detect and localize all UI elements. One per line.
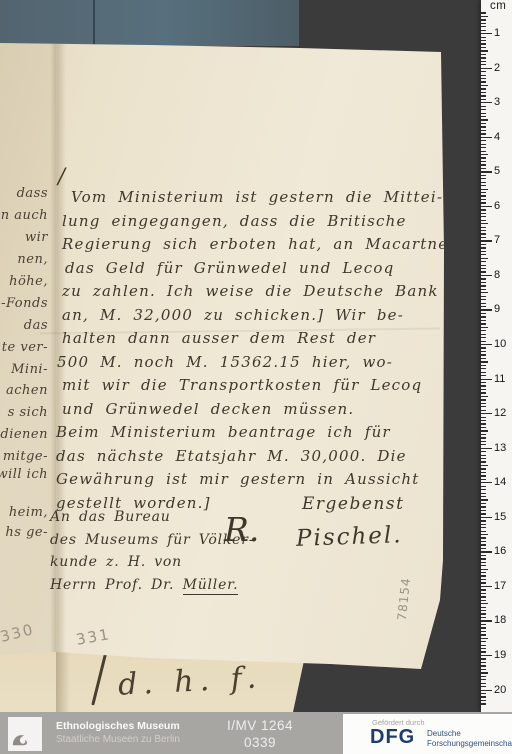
ruler-tick xyxy=(481,68,492,69)
ruler-tick xyxy=(481,600,486,601)
ruler-tick xyxy=(481,116,486,117)
ruler-tick xyxy=(481,461,486,462)
verso-fragment: -Fonds xyxy=(0,296,48,311)
ruler-tick xyxy=(481,140,486,141)
wave-logo-icon xyxy=(11,726,33,748)
ruler-number: 11 xyxy=(494,373,510,385)
address-line: An das Bureau xyxy=(50,506,254,529)
ruler-tick xyxy=(481,558,486,559)
ruler-tick xyxy=(481,126,486,127)
ruler-tick xyxy=(481,493,486,494)
ruler-tick xyxy=(481,603,488,604)
ruler-tick xyxy=(481,271,486,272)
ruler-number: 5 xyxy=(494,165,510,177)
ruler-tick xyxy=(481,569,488,570)
ruler-tick xyxy=(481,520,486,521)
ruler-tick xyxy=(481,472,486,473)
shelfmark-page: 0339 xyxy=(200,735,320,750)
address-recipient: Herrn Prof. Dr. xyxy=(50,577,183,593)
ruler-tick xyxy=(481,309,492,310)
address-line: kunde z. H. von xyxy=(50,551,254,574)
ruler-tick xyxy=(481,406,486,407)
ruler-tick xyxy=(481,475,486,476)
ruler-tick xyxy=(481,137,492,138)
ruler-tick xyxy=(481,496,486,497)
ruler-tick xyxy=(481,199,486,200)
ruler-tick xyxy=(481,265,486,266)
ruler-tick xyxy=(481,537,486,538)
ruler-tick xyxy=(481,30,486,31)
ruler-tick xyxy=(481,133,486,134)
funding-org-line: Forschungsgemeinschaft xyxy=(427,739,512,749)
ruler-tick xyxy=(481,610,486,611)
ruler-tick xyxy=(481,71,486,72)
verso-fragment: mitge- xyxy=(0,449,48,464)
ruler-tick xyxy=(481,513,486,514)
ruler-tick xyxy=(481,75,486,76)
ruler-tick xyxy=(481,413,492,414)
ruler-tick xyxy=(481,527,486,528)
ruler-tick xyxy=(481,444,486,445)
ruler-tick xyxy=(481,379,492,380)
ruler-tick xyxy=(481,465,488,466)
ruler-tick xyxy=(481,282,486,283)
ruler-number: 16 xyxy=(494,545,510,557)
address-line: Herrn Prof. Dr. Müller. xyxy=(50,574,254,597)
letter-line: lung eingegangen, dass die Britische xyxy=(62,210,458,234)
letter-line: Gewährung ist mir gestern in Aussicht xyxy=(56,468,458,492)
ruler-tick xyxy=(481,531,486,532)
ruler-tick xyxy=(481,596,486,597)
ruler-tick xyxy=(481,227,486,228)
ruler-number: 6 xyxy=(494,200,510,212)
ruler-tick xyxy=(481,510,486,511)
ruler-number: 20 xyxy=(494,684,510,696)
ruler-tick xyxy=(481,26,486,27)
ruler-tick xyxy=(481,399,486,400)
ruler-tick xyxy=(481,555,486,556)
ruler-tick xyxy=(481,299,486,300)
ruler-tick xyxy=(481,437,486,438)
ruler-tick xyxy=(481,123,486,124)
ruler-tick xyxy=(481,613,486,614)
pen-stroke xyxy=(91,650,107,705)
ruler-tick xyxy=(481,144,486,145)
ruler-tick xyxy=(481,216,486,217)
address-line: des Museums für Völker- xyxy=(50,529,254,552)
ruler-tick xyxy=(481,289,486,290)
scan-viewport: cm 1234567891011121314151617181920 d. h.… xyxy=(0,0,512,754)
table-background xyxy=(0,0,299,46)
institution-block: Ethnologisches Museum Staatliche Museen … xyxy=(56,720,180,745)
ruler-tick xyxy=(481,641,486,642)
shelfmark-id: I/MV 1264 xyxy=(200,718,320,733)
ruler-tick xyxy=(481,78,486,79)
ruler-tick xyxy=(481,23,486,24)
verso-fragment: bedienen xyxy=(0,427,48,442)
ruler-number: 12 xyxy=(494,407,510,419)
letter-line: das Geld für Grünwedel und Lecoq xyxy=(62,257,458,281)
ruler-number: 17 xyxy=(494,580,510,592)
ruler-tick xyxy=(481,638,488,639)
ruler-tick xyxy=(481,389,486,390)
ruler-tick xyxy=(481,171,492,172)
letter-line: das nächste Etatsjahr M. 30,000. Die xyxy=(56,445,458,469)
ruler-tick xyxy=(481,33,492,34)
ruler-tick xyxy=(481,12,486,13)
letter-address: An das Bureau des Museums für Völker- ku… xyxy=(50,506,254,596)
ruler-tick xyxy=(481,50,488,51)
ruler-tick xyxy=(481,316,486,317)
ruler-tick xyxy=(481,19,486,20)
ruler-tick xyxy=(481,434,486,435)
dfg-logo: DFG xyxy=(370,726,415,749)
ruler-tick xyxy=(481,157,486,158)
pencil-side-note: 78154 xyxy=(395,576,414,621)
ruler-tick xyxy=(481,347,486,348)
ruler-tick xyxy=(481,427,486,428)
letter-line: mit wir die Transportkosten für Lecoq xyxy=(62,374,458,398)
ruler-tick xyxy=(481,607,486,608)
ruler-tick xyxy=(481,658,486,659)
ruler-tick xyxy=(481,85,488,86)
editorial-mark: / xyxy=(58,164,65,188)
ruler-tick xyxy=(481,627,486,628)
ruler-number: 8 xyxy=(494,269,510,281)
letter-body: Vom Ministerium ist gestern die Mittei- … xyxy=(62,186,458,515)
ruler-tick xyxy=(481,403,486,404)
ruler-tick xyxy=(481,651,486,652)
ruler-tick xyxy=(481,230,486,231)
ruler-tick xyxy=(481,676,486,677)
ruler-tick xyxy=(481,303,486,304)
ruler-tick xyxy=(481,61,486,62)
ruler-tick xyxy=(481,285,486,286)
ruler-tick xyxy=(481,572,486,573)
institution-name: Ethnologisches Museum xyxy=(56,720,180,732)
ruler-tick xyxy=(481,119,488,120)
letter-line: zu zahlen. Ich weise die Deutsche Bank xyxy=(62,280,458,304)
ruler-tick xyxy=(481,541,486,542)
ruler-tick xyxy=(481,102,492,103)
ruler-tick xyxy=(481,151,486,152)
ruler-tick xyxy=(481,320,486,321)
ruler-tick xyxy=(481,278,486,279)
ruler-tick xyxy=(481,43,486,44)
ruler-tick xyxy=(481,372,486,373)
verso-fragment: s sich xyxy=(0,405,48,420)
ruler-tick xyxy=(481,358,486,359)
background-crease xyxy=(93,0,95,46)
ruler-tick xyxy=(481,662,486,663)
ruler-tick xyxy=(481,178,486,179)
verso-fragment: dass xyxy=(0,186,48,201)
ruler-tick xyxy=(481,106,486,107)
ruler-tick xyxy=(481,579,486,580)
ruler-tick xyxy=(481,130,486,131)
ruler-tick xyxy=(481,575,486,576)
ruler-tick xyxy=(481,648,486,649)
ruler-tick xyxy=(481,327,488,328)
letter-line: und Grünwedel decken müssen. xyxy=(62,398,458,422)
ruler-number: 4 xyxy=(494,131,510,143)
ruler-tick xyxy=(481,351,486,352)
letter-line: 500 M. noch M. 15362.15 hier, wo- xyxy=(57,351,458,375)
verso-fragment: wir xyxy=(0,230,48,245)
ruler-tick xyxy=(481,296,486,297)
ruler-tick xyxy=(481,468,486,469)
ruler-tick xyxy=(481,182,486,183)
ruler-tick xyxy=(481,375,486,376)
ruler-unit-label: cm xyxy=(490,0,506,12)
letter-closing: Ergebenst xyxy=(302,494,404,514)
ruler-tick xyxy=(481,396,488,397)
letter-line: halten dann ausser dem Rest der xyxy=(62,327,458,351)
ruler-tick xyxy=(481,251,486,252)
ruler-number: 10 xyxy=(494,338,510,350)
footer-bar: Ethnologisches Museum Staatliche Museen … xyxy=(0,712,512,754)
ruler-tick xyxy=(481,690,492,691)
ruler-tick xyxy=(481,192,486,193)
ruler-tick xyxy=(481,313,486,314)
ruler-tick xyxy=(481,99,486,100)
verso-fragment: will ich xyxy=(0,467,48,482)
ruler-tick xyxy=(481,486,486,487)
ruler-number: 3 xyxy=(494,96,510,108)
ruler-tick xyxy=(481,696,486,697)
ruler-tick xyxy=(481,458,486,459)
ruler-number: 13 xyxy=(494,442,510,454)
ruler-tick xyxy=(481,81,486,82)
verso-fragment: n auch xyxy=(0,208,48,223)
verso-page-shade xyxy=(0,0,56,712)
ruler-tick xyxy=(481,655,492,656)
ruler-tick xyxy=(481,368,486,369)
ruler-tick xyxy=(481,361,488,362)
ruler-tick xyxy=(481,261,486,262)
ruler-tick xyxy=(481,244,486,245)
ruler-tick xyxy=(481,669,486,670)
ruler-tick xyxy=(481,341,486,342)
ruler-tick xyxy=(481,209,486,210)
ruler-tick xyxy=(481,247,486,248)
ruler-tick xyxy=(481,92,486,93)
ruler-tick xyxy=(481,365,486,366)
ruler-tick xyxy=(481,624,486,625)
ruler-tick xyxy=(481,202,486,203)
institution-subtitle: Staatliche Museen zu Berlin xyxy=(56,734,180,745)
ruler-tick xyxy=(481,330,486,331)
verso-fragment: achen xyxy=(0,383,48,398)
ruler-tick xyxy=(481,392,486,393)
ruler-tick xyxy=(481,323,486,324)
ruler-tick xyxy=(481,700,486,701)
ruler-tick xyxy=(481,109,486,110)
ruler-tick xyxy=(481,154,488,155)
letter-line: Regierung sich erboten hat, an Macartney xyxy=(62,233,458,257)
ruler-tick xyxy=(481,206,492,207)
ruler-tick xyxy=(481,213,486,214)
ruler-tick xyxy=(481,223,488,224)
ruler-tick xyxy=(481,517,492,518)
ruler-number: 2 xyxy=(494,62,510,74)
verso-fragment: höhe, xyxy=(0,274,48,289)
ruler-tick xyxy=(481,448,492,449)
verso-fragment: heim, xyxy=(0,505,48,520)
ruler-tick xyxy=(481,354,486,355)
ruler-tick xyxy=(481,506,486,507)
ruler-number: 19 xyxy=(494,649,510,661)
pencil-page-number: 331 xyxy=(75,625,112,649)
ruler-tick xyxy=(481,420,486,421)
ruler-tick xyxy=(481,37,486,38)
address-recipient-name: Müller. xyxy=(183,577,239,595)
ruler-number: 15 xyxy=(494,511,510,523)
ruler-tick xyxy=(481,679,486,680)
letter-line: an, M. 32,000 zu schicken.] Wir be- xyxy=(62,304,458,328)
ruler-tick xyxy=(481,586,492,587)
ruler-tick xyxy=(481,703,486,704)
ruler-number: 18 xyxy=(494,614,510,626)
ruler-tick xyxy=(481,233,486,234)
ruler-tick xyxy=(481,693,486,694)
handwriting-fragment: d. h. f. xyxy=(117,660,263,703)
ruler: cm 1234567891011121314151617181920 xyxy=(481,0,512,712)
ruler-tick xyxy=(481,254,486,255)
ruler-tick xyxy=(481,268,486,269)
ruler-number: 1 xyxy=(494,27,510,39)
ruler-tick xyxy=(481,499,488,500)
ruler-tick xyxy=(481,344,492,345)
ruler-tick xyxy=(481,451,486,452)
ruler-tick xyxy=(481,410,486,411)
ruler-tick xyxy=(481,95,486,96)
ruler-tick xyxy=(481,195,486,196)
ruler-tick xyxy=(481,686,486,687)
verso-fragment: te ver- xyxy=(0,340,48,355)
shelfmark: I/MV 1264 0339 xyxy=(200,718,320,750)
ruler-tick xyxy=(481,534,488,535)
ruler-tick xyxy=(481,382,486,383)
ruler-tick xyxy=(481,240,492,241)
ruler-tick xyxy=(481,672,488,673)
ruler-tick xyxy=(481,337,486,338)
ruler-tick xyxy=(481,185,486,186)
ruler-tick xyxy=(481,258,488,259)
verso-fragment: Mini- xyxy=(0,362,48,377)
ruler-number: 14 xyxy=(494,476,510,488)
ruler-tick xyxy=(481,423,486,424)
ruler-tick xyxy=(481,544,486,545)
ruler-tick xyxy=(481,620,492,621)
ruler-tick xyxy=(481,565,486,566)
ruler-tick xyxy=(481,417,486,418)
ruler-tick xyxy=(481,57,486,58)
ruler-tick xyxy=(481,306,486,307)
letter-sheet: dass n auch wir nen, höhe, -Fonds das te… xyxy=(0,0,460,712)
ruler-tick xyxy=(481,334,486,335)
ruler-tick xyxy=(481,582,486,583)
ruler-tick xyxy=(481,645,486,646)
verso-fragment: das xyxy=(0,318,48,333)
ruler-tick xyxy=(481,16,488,17)
ruler-tick xyxy=(481,593,486,594)
ruler-tick xyxy=(481,683,486,684)
ruler-tick xyxy=(481,489,486,490)
ruler-tick xyxy=(481,220,486,221)
letter-line: Beim Ministerium beantrage ich für xyxy=(56,421,458,445)
ruler-tick xyxy=(481,40,486,41)
ruler-number: 7 xyxy=(494,234,510,246)
funding-org-line: Deutsche xyxy=(427,729,512,739)
ruler-tick xyxy=(481,237,486,238)
verso-fragment: nen, xyxy=(0,252,48,267)
ruler-tick xyxy=(481,175,486,176)
ruler-tick xyxy=(481,430,488,431)
ruler-tick xyxy=(481,88,486,89)
ruler-tick xyxy=(481,147,486,148)
ruler-tick xyxy=(481,548,486,549)
verso-fragment: hs ge- xyxy=(0,525,48,540)
ruler-tick xyxy=(481,589,486,590)
ruler-tick xyxy=(481,441,486,442)
funding-org-name: Deutsche Forschungsgemeinschaft xyxy=(427,729,512,748)
ruler-tick xyxy=(481,164,486,165)
ruler-tick xyxy=(481,455,486,456)
funding-box: Gefördert durch DFG Deutsche Forschungsg… xyxy=(343,714,512,754)
ruler-tick xyxy=(481,54,486,55)
ruler-tick xyxy=(481,551,492,552)
ruler-tick xyxy=(481,479,486,480)
ruler-tick xyxy=(481,665,486,666)
ruler-tick xyxy=(481,168,486,169)
letter-line: Vom Ministerium ist gestern die Mittei- xyxy=(62,186,458,210)
ruler-tick xyxy=(481,161,486,162)
ruler-tick xyxy=(481,482,492,483)
ruler-tick xyxy=(481,292,488,293)
ruler-tick xyxy=(481,113,486,114)
ruler-tick xyxy=(481,503,486,504)
museum-logo xyxy=(8,717,42,751)
ruler-tick xyxy=(481,524,486,525)
ruler-tick xyxy=(481,631,486,632)
ruler-tick xyxy=(481,64,486,65)
ruler-tick xyxy=(481,385,486,386)
ruler-tick xyxy=(481,634,486,635)
signature-name: Pischel. xyxy=(296,522,403,552)
ruler-number: 9 xyxy=(494,303,510,315)
ruler-tick xyxy=(481,562,486,563)
ruler-tick xyxy=(481,275,492,276)
ruler-tick xyxy=(481,617,486,618)
ruler-tick xyxy=(481,47,486,48)
ruler-tick xyxy=(481,189,488,190)
